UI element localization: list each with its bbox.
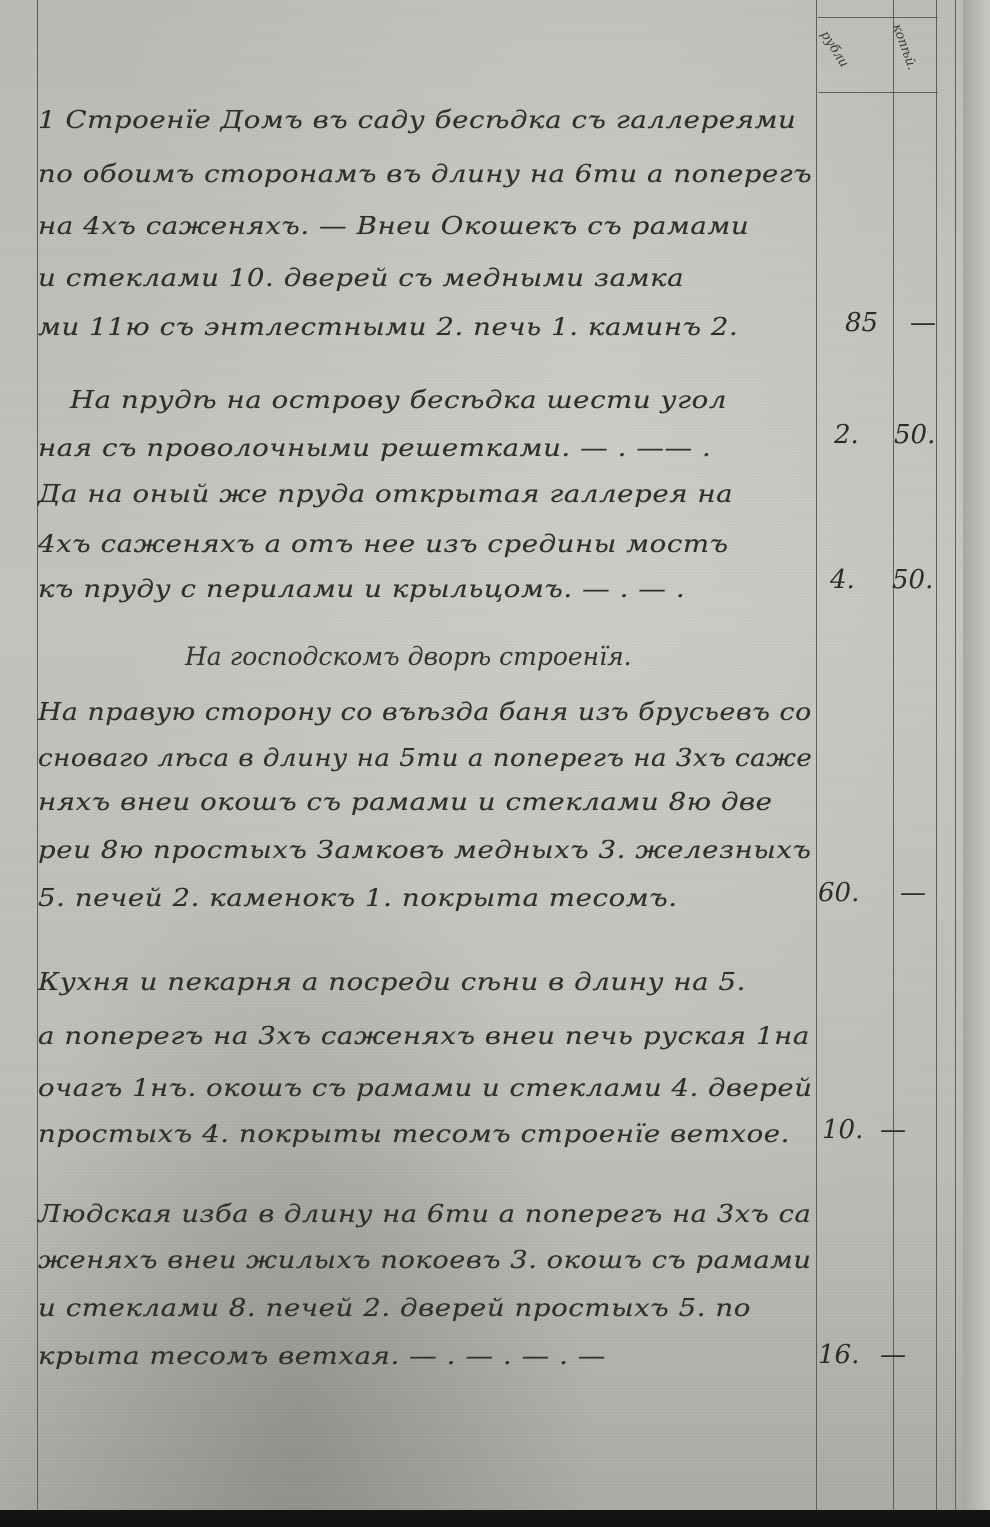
- entry-1-line-3: на 4хъ саженяхъ. — Внеи Окошекъ съ рамам…: [38, 212, 749, 240]
- entry-4-line-5: 5. печей 2. каменокъ 1. покрыта тесомъ.: [38, 884, 678, 912]
- entry-5-kopecks: —: [880, 1115, 906, 1145]
- header-bottom-rule: [818, 92, 938, 93]
- entry-5-line-2: а поперегъ на 3хъ саженяхъ внеи печь рус…: [38, 1022, 810, 1050]
- entry-3-kopecks: 50.: [892, 565, 933, 595]
- binding-edge: [963, 0, 990, 1510]
- entry-1-line-2: по обоимъ сторонамъ въ длину на 6ти а по…: [38, 160, 812, 188]
- entry-6-line-3: и стеклами 8. печей 2. дверей простыхъ 5…: [38, 1294, 751, 1322]
- entry-6-kopecks: —: [880, 1340, 906, 1370]
- entry-2-rubles: 2.: [834, 420, 859, 450]
- entry-6-line-1: Людская изба в длину на 6ти а поперегъ н…: [38, 1200, 811, 1228]
- entry-6-line-4: крыта тесомъ ветхая. — . — . — . —: [38, 1342, 606, 1370]
- entry-5-line-4: простыхъ 4. покрыты тесомъ строенїе ветх…: [38, 1120, 790, 1148]
- entry-2-line-2: ная съ проволочными решетками. — . —— .: [38, 434, 711, 462]
- entry-1-rubles: 85: [845, 308, 878, 338]
- entry-3-line-2: 4хъ саженяхъ а отъ нее изъ средины мостъ: [38, 530, 729, 558]
- entry-1-line-1: 1 Строенїе Домъ въ саду бесѣдка съ галле…: [38, 106, 796, 134]
- rubles-column-header: рубли: [817, 28, 851, 70]
- entry-4-line-1: На правую сторону со въѣзда баня изъ бру…: [38, 698, 812, 726]
- kopecks-right-rule: [936, 0, 937, 1510]
- header-top-rule: [818, 17, 938, 18]
- entry-6-line-2: женяхъ внеи жилыхъ покоевъ 3. окошъ съ р…: [38, 1246, 812, 1274]
- entry-1-kopecks: —: [910, 308, 936, 338]
- section-heading-manor-yard: На господскомъ дворѣ строенїя.: [185, 642, 632, 671]
- entry-5-rubles: 10.: [822, 1115, 863, 1145]
- entry-3-rubles: 4.: [830, 565, 855, 595]
- entry-1-line-5: ми 11ю съ энтлестными 2. печь 1. каминъ …: [38, 313, 738, 341]
- entry-3-line-3: къ пруду с перилами и крыльцомъ. — . — .: [38, 575, 685, 603]
- entry-5-line-1: Кухня и пекарня а посреди сѣни в длину н…: [38, 968, 746, 996]
- entry-4-line-3: няхъ внеи окошъ съ рамами и стеклами 8ю …: [38, 788, 773, 816]
- rubles-kopecks-divider: [893, 0, 894, 1510]
- entry-6-rubles: 16.: [818, 1340, 859, 1370]
- page-edge-rule: [955, 0, 956, 1510]
- entry-2-kopecks: 50.: [894, 420, 935, 450]
- entry-4-line-4: реи 8ю простыхъ Замковъ медныхъ 3. желез…: [38, 836, 811, 864]
- page-bottom-shadow: [0, 1510, 990, 1527]
- entry-1-line-4: и стеклами 10. дверей съ медными замка: [38, 264, 684, 292]
- entry-2-line-1: На прудѣ на острову бесѣдка шести угол: [70, 386, 727, 414]
- entry-4-kopecks: —: [900, 878, 926, 908]
- entry-4-rubles: 60.: [818, 878, 859, 908]
- entry-5-line-3: очагъ 1нъ. окошъ съ рамами и стеклами 4.…: [38, 1074, 812, 1102]
- amount-column-rule: [816, 0, 817, 1510]
- manuscript-page: рубли копѣй. 1 Строенїе Домъ въ саду бес…: [0, 0, 990, 1520]
- entry-3-line-1: Да на оный же пруда открытая галлерея на: [38, 480, 733, 508]
- entry-4-line-2: сноваго лѣса в длину на 5ти а поперегъ н…: [38, 744, 812, 772]
